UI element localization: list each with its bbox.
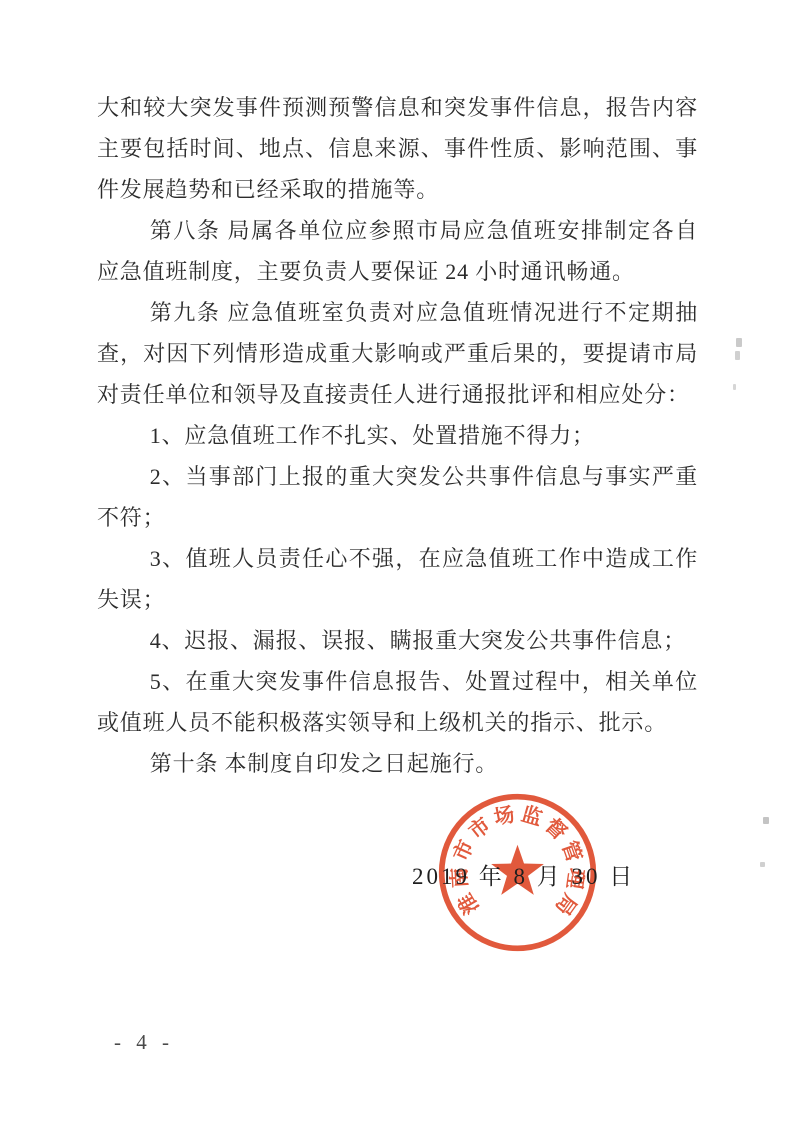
scan-artifact [763, 817, 769, 824]
scan-artifact [733, 384, 736, 390]
page-number: - 4 - [114, 1030, 174, 1055]
document-date: 2019 年 8 月 30 日 [412, 858, 635, 891]
paragraph: 第八条 局属各单位应参照市局应急值班安排制定各自应急值班制度，主要负责人要保证 … [97, 210, 698, 292]
paragraph: 大和较大突发事件预测预警信息和突发事件信息，报告内容主要包括时间、地点、信息来源… [97, 87, 698, 210]
paragraph-list: 大和较大突发事件预测预警信息和突发事件信息，报告内容主要包括时间、地点、信息来源… [97, 87, 698, 784]
paragraph: 3、值班人员责任心不强，在应急值班工作中造成工作失误； [97, 538, 698, 620]
scan-artifact [735, 351, 740, 360]
paragraph: 1、应急值班工作不扎实、处置措施不得力； [97, 415, 698, 456]
paragraph: 第九条 应急值班室负责对应急值班情况进行不定期抽查，对因下列情形造成重大影响或严… [97, 292, 698, 415]
document-page: 大和较大突发事件预测预警信息和突发事件信息，报告内容主要包括时间、地点、信息来源… [0, 0, 793, 1123]
paragraph: 2、当事部门上报的重大突发公共事件信息与事实严重不符； [97, 456, 698, 538]
scan-artifact [736, 338, 742, 347]
scan-artifact [760, 862, 765, 867]
paragraph: 第十条 本制度自印发之日起施行。 [97, 743, 698, 784]
paragraph: 5、在重大突发事件信息报告、处置过程中，相关单位或值班人员不能积极落实领导和上级… [97, 661, 698, 743]
paragraph: 4、迟报、漏报、误报、瞒报重大突发公共事件信息； [97, 620, 698, 661]
